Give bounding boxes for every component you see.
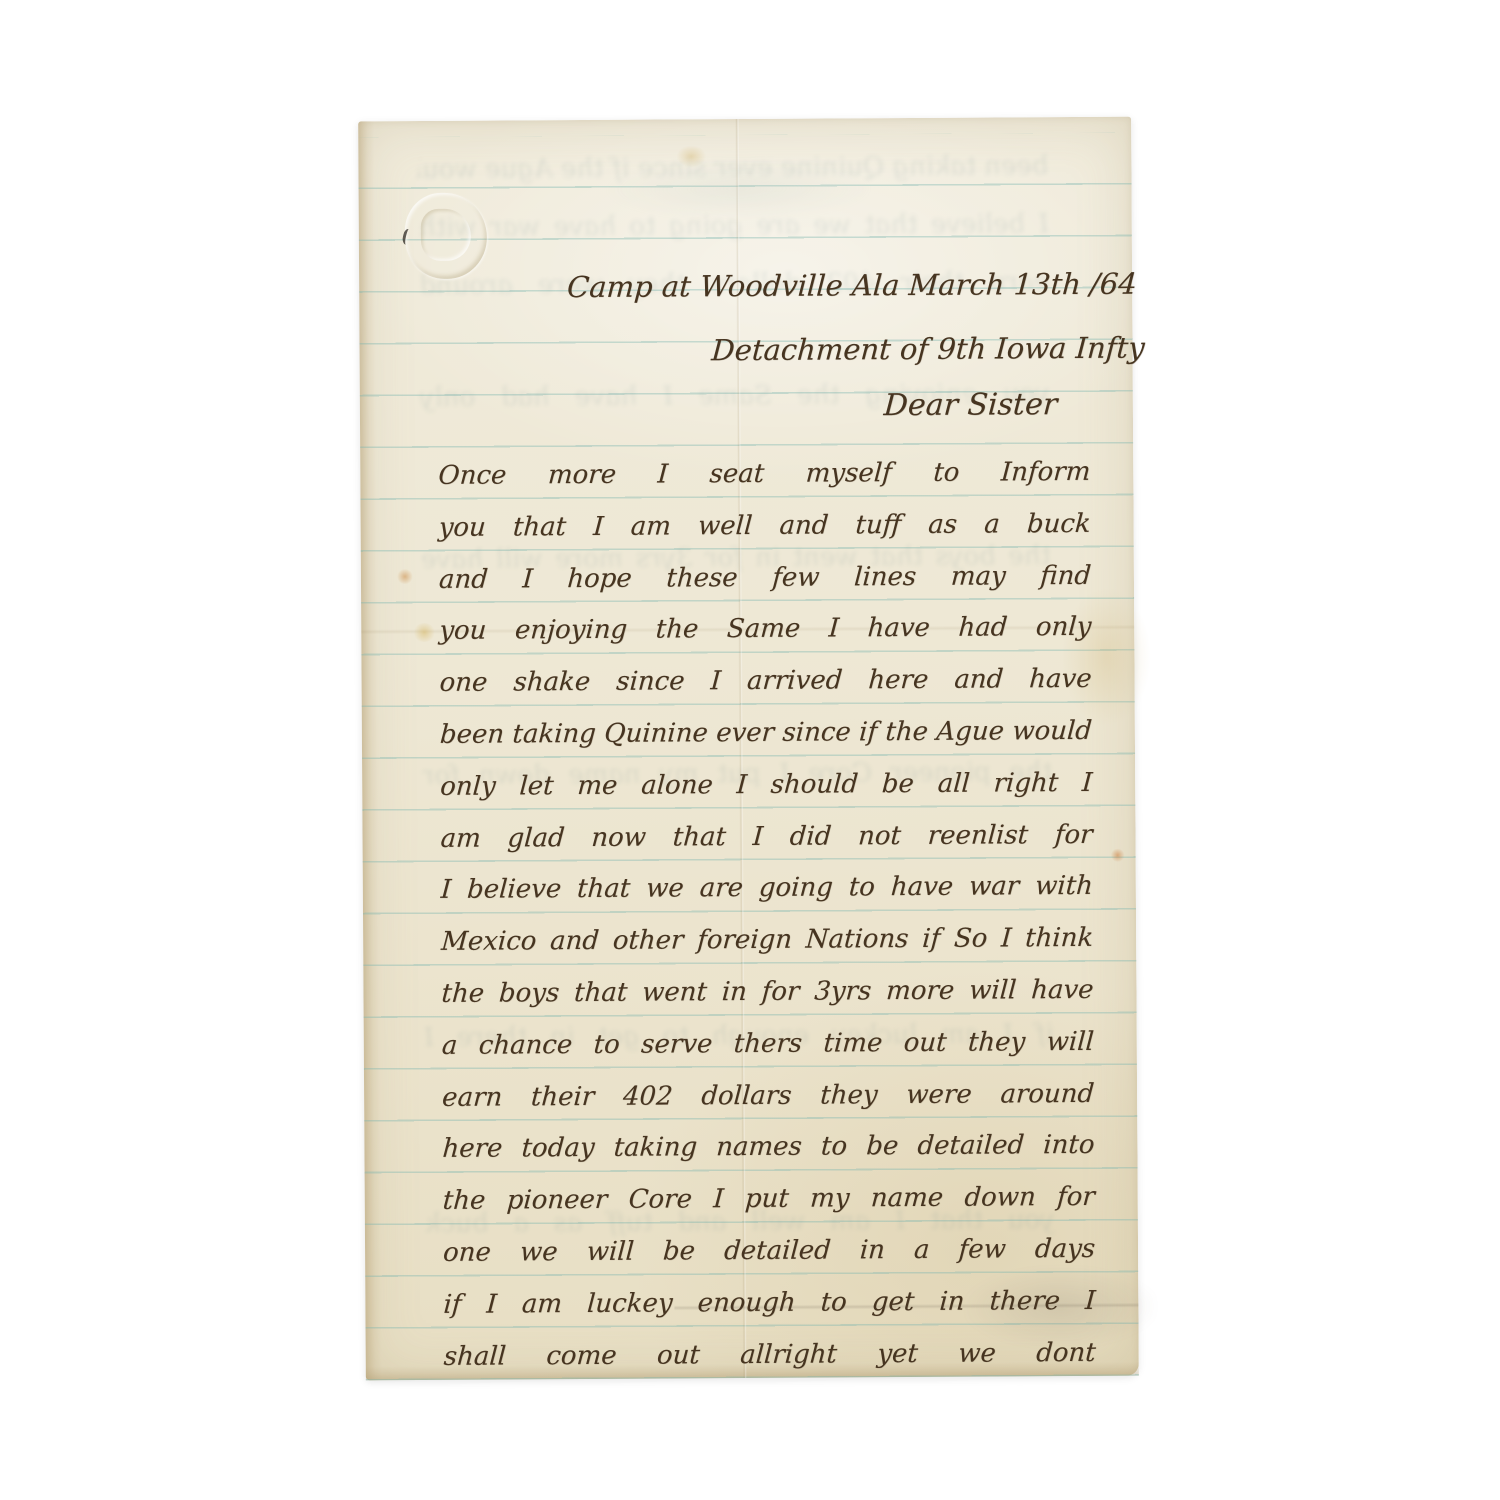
letter-line: one shake since I arrived here and have <box>438 654 1093 710</box>
handwriting-layer: Camp at Woodville Ala March 13th /64 Det… <box>358 117 1139 1381</box>
letter-paper: been taking Quinine ever since if the Ag… <box>358 117 1139 1381</box>
letter-line: been taking Quinine ever since if the Ag… <box>438 706 1093 762</box>
letter-line: earn their 402 dollars they were around <box>440 1068 1095 1124</box>
letter-line: one we will be detailed in a few days <box>441 1224 1096 1280</box>
letter-line: Once more I seat myself to Inform <box>437 447 1092 503</box>
letter-line: here today taking names to be detailed i… <box>441 1120 1096 1176</box>
letter-line: Mexico and other foreign Nations if So I… <box>440 913 1095 969</box>
letter-line: a chance to serve thers time out they wi… <box>440 1017 1095 1073</box>
letter-line: the pioneer Core I put my name down for <box>441 1172 1096 1228</box>
letter-line: the boys that went in for 3yrs more will… <box>440 965 1095 1021</box>
letter-body: Once more I seat myself to Inform you th… <box>438 447 1096 1383</box>
letter-line: you enjoying the Same I have had only <box>438 602 1093 658</box>
photo-stage: been taking Quinine ever since if the Ag… <box>0 0 1500 1500</box>
letter-line: if I am luckey enough to get in there I <box>442 1276 1097 1332</box>
letter-line: am glad now that I did not reenlist for <box>439 809 1094 865</box>
letter-line: and I hope these few lines may find <box>437 550 1092 606</box>
letter-dateline: Camp at Woodville Ala March 13th /64 <box>566 267 1110 304</box>
letter-line: shall come out allright yet we dont <box>442 1327 1097 1383</box>
letter-line: only let me alone I should be all right … <box>439 758 1094 814</box>
letter-line: I believe that we are going to have war … <box>439 861 1094 917</box>
letter-line: you that I am well and tuff as a buck <box>437 499 1092 555</box>
letter-salutation: Dear Sister <box>883 387 1065 423</box>
letter-unit-line: Detachment of 9th Iowa Infty <box>710 331 1094 367</box>
